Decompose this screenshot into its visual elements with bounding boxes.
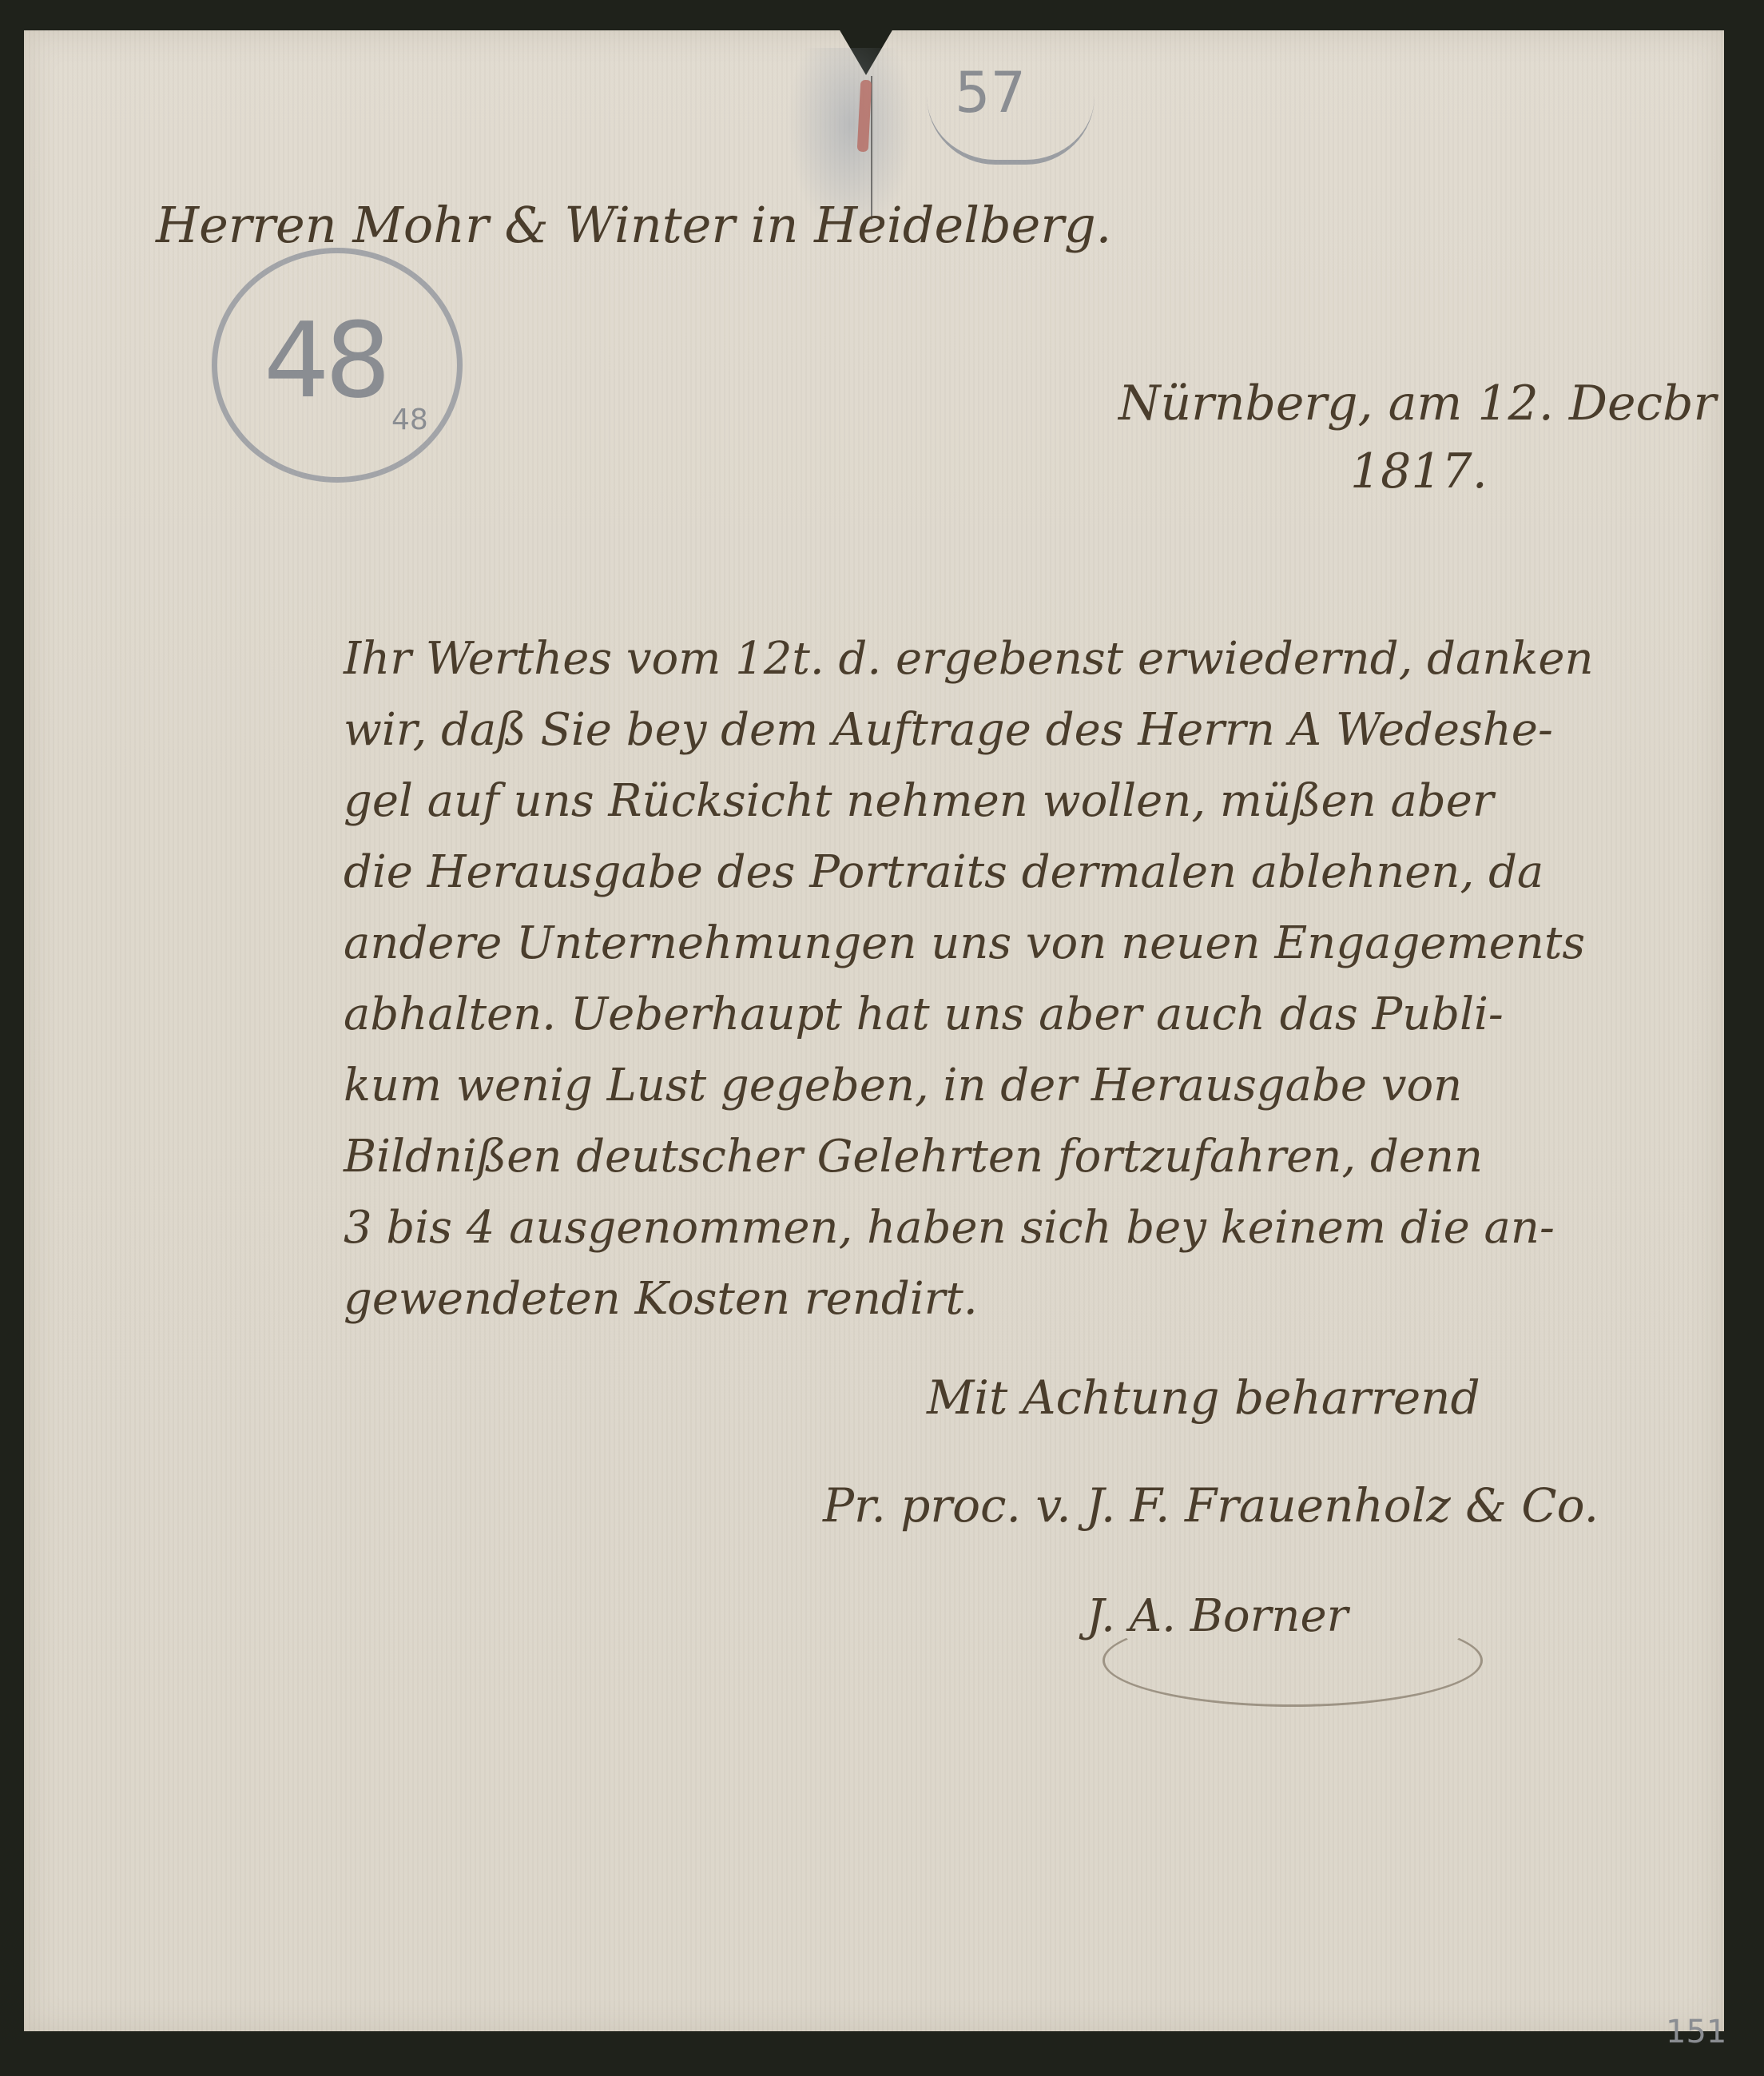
body-line: 3 bis 4 ausgenommen, haben sich bey kein… (344, 1192, 1726, 1263)
signature-flourish (1102, 1614, 1483, 1707)
closing-formula: Mit Achtung beharrend (927, 1370, 1480, 1425)
body-line: gewendeten Kosten rendirt. (344, 1263, 1726, 1334)
body-line: andere Unternehmungen uns von neuen Enga… (344, 908, 1726, 979)
body-line: kum wenig Lust gegeben, in der Herausgab… (344, 1050, 1726, 1121)
circled-number: 48 (264, 300, 386, 421)
body-line: gel auf uns Rücksicht nehmen wollen, müß… (344, 766, 1726, 837)
body-line: Ihr Werthes vom 12t. d. ergebenst erwied… (344, 623, 1726, 694)
place-date: Nürnberg, am 12. Decbr (1118, 376, 1716, 432)
body-line: Bildnißen deutscher Gelehrten fortzufahr… (344, 1121, 1726, 1192)
circled-number-small: 48 (391, 404, 428, 436)
address-line: Herren Mohr & Winter in Heidelberg. (156, 196, 1111, 254)
page-number: 151 (1666, 2014, 1726, 2050)
body-line: wir, daß Sie bey dem Auftrage des Herrn … (344, 694, 1726, 766)
firm-signature: Pr. proc. v. J. F. Frauenholz & Co. (823, 1478, 1599, 1533)
body-line: die Herausgabe des Portraits dermalen ab… (344, 837, 1726, 908)
letter-body: Ihr Werthes vom 12t. d. ergebenst erwied… (344, 623, 1726, 1334)
body-line: abhalten. Ueberhaupt hat uns aber auch d… (344, 979, 1726, 1050)
letter-year: 1817. (1350, 443, 1488, 499)
